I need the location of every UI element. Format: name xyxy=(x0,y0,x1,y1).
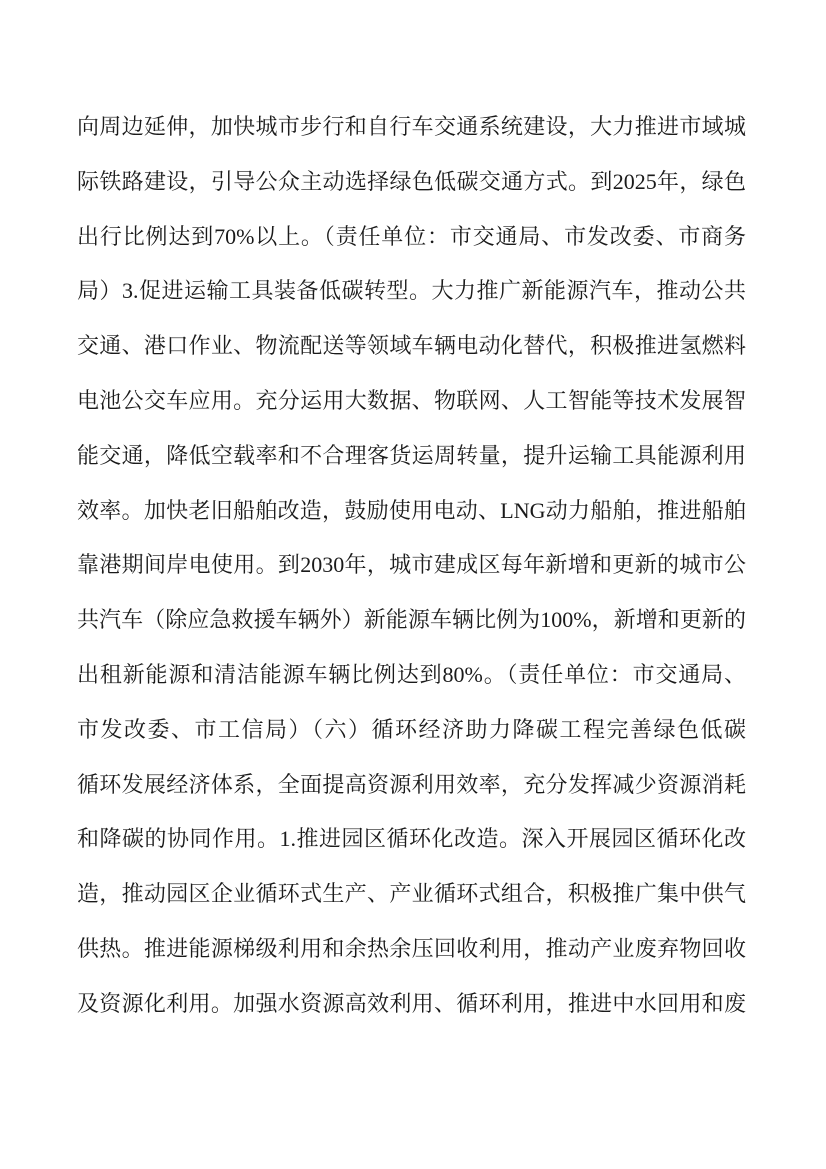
text-line: 供热。推进能源梯级利用和余热余压回收利用，推动产业废弃物回收 xyxy=(77,922,746,977)
text-line: 循环发展经济体系，全面提高资源利用效率，充分发挥减少资源消耗 xyxy=(77,758,746,813)
text-line: 市发改委、市工信局）（六）循环经济助力降碳工程完善绿色低碳 xyxy=(77,703,746,758)
text-line: 共汽车（除应急救援车辆外）新能源车辆比例为100%，新增和更新的 xyxy=(77,593,746,648)
text-line: 电池公交车应用。充分运用大数据、物联网、人工智能等技术发展智 xyxy=(77,374,746,429)
text-line: 局）3.促进运输工具装备低碳转型。大力推广新能源汽车，推动公共 xyxy=(77,264,746,319)
text-line: 靠港期间岸电使用。到2030年，城市建成区每年新增和更新的城市公 xyxy=(77,538,746,593)
text-line: 向周边延伸，加快城市步行和自行车交通系统建设，大力推进市域城 xyxy=(77,100,746,155)
text-line: 出租新能源和清洁能源车辆比例达到80%。（责任单位：市交通局、 xyxy=(77,648,746,703)
text-line: 际铁路建设，引导公众主动选择绿色低碳交通方式。到2025年，绿色 xyxy=(77,155,746,210)
text-line: 及资源化利用。加强水资源高效利用、循环利用，推进中水回用和废 xyxy=(77,977,746,1032)
text-line: 交通、港口作业、物流配送等领域车辆电动化替代，积极推进氢燃料 xyxy=(77,319,746,374)
text-line: 造，推动园区企业循环式生产、产业循环式组合，积极推广集中供气 xyxy=(77,867,746,922)
text-line: 出行比例达到70%以上。（责任单位：市交通局、市发改委、市商务 xyxy=(77,210,746,265)
text-line: 效率。加快老旧船舶改造，鼓励使用电动、LNG动力船舶，推进船舶 xyxy=(77,484,746,539)
text-line: 能交通，降低空载率和不合理客货运周转量，提升运输工具能源利用 xyxy=(77,429,746,484)
paragraph-block: 向周边延伸，加快城市步行和自行车交通系统建设，大力推进市域城 际铁路建设，引导公… xyxy=(77,100,746,1032)
text-line: 和降碳的协同作用。1.推进园区循环化改造。深入开展园区循环化改 xyxy=(77,812,746,867)
document-page: 向周边延伸，加快城市步行和自行车交通系统建设，大力推进市域城 际铁路建设，引导公… xyxy=(0,0,826,1169)
